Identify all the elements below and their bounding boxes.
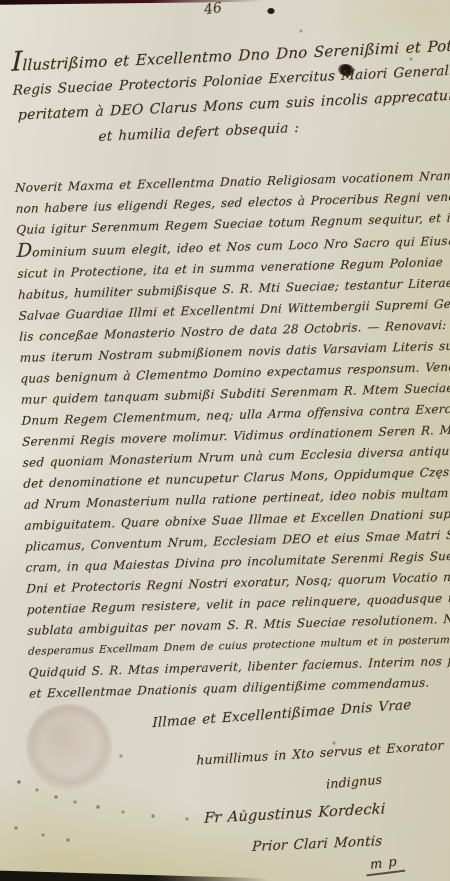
valediction-line-3: indignus [326, 772, 382, 792]
photo-dark-edge-bottom [0, 867, 280, 881]
signature-title: Prior Clari Montis [252, 833, 383, 855]
photo-dark-edge-top [0, 0, 300, 5]
valediction-line-1: Illmae et Excellentißimae Dnis Vrae [152, 697, 411, 731]
manuscript-photo: 46 Illustrißimo et Excellentmo Dno Dno S… [0, 0, 450, 881]
valediction-line-2: humillimus in Xto servus et Exorator [196, 737, 443, 767]
letter-body: Noverit Maxma et Excellentma Dnatio Reli… [15, 166, 444, 704]
embossed-paper-seal [26, 704, 112, 790]
folio-number: 46 [203, 0, 223, 18]
ink-dot-stain [267, 8, 275, 14]
paper-speckles [0, 0, 2, 2]
signature-name: Fr Augustinus Kordecki [204, 801, 386, 827]
salutation-block: Illustrißimo et Excellentmo Dno Dno Sere… [11, 30, 443, 153]
manu-propria-mark: m p [366, 854, 405, 877]
